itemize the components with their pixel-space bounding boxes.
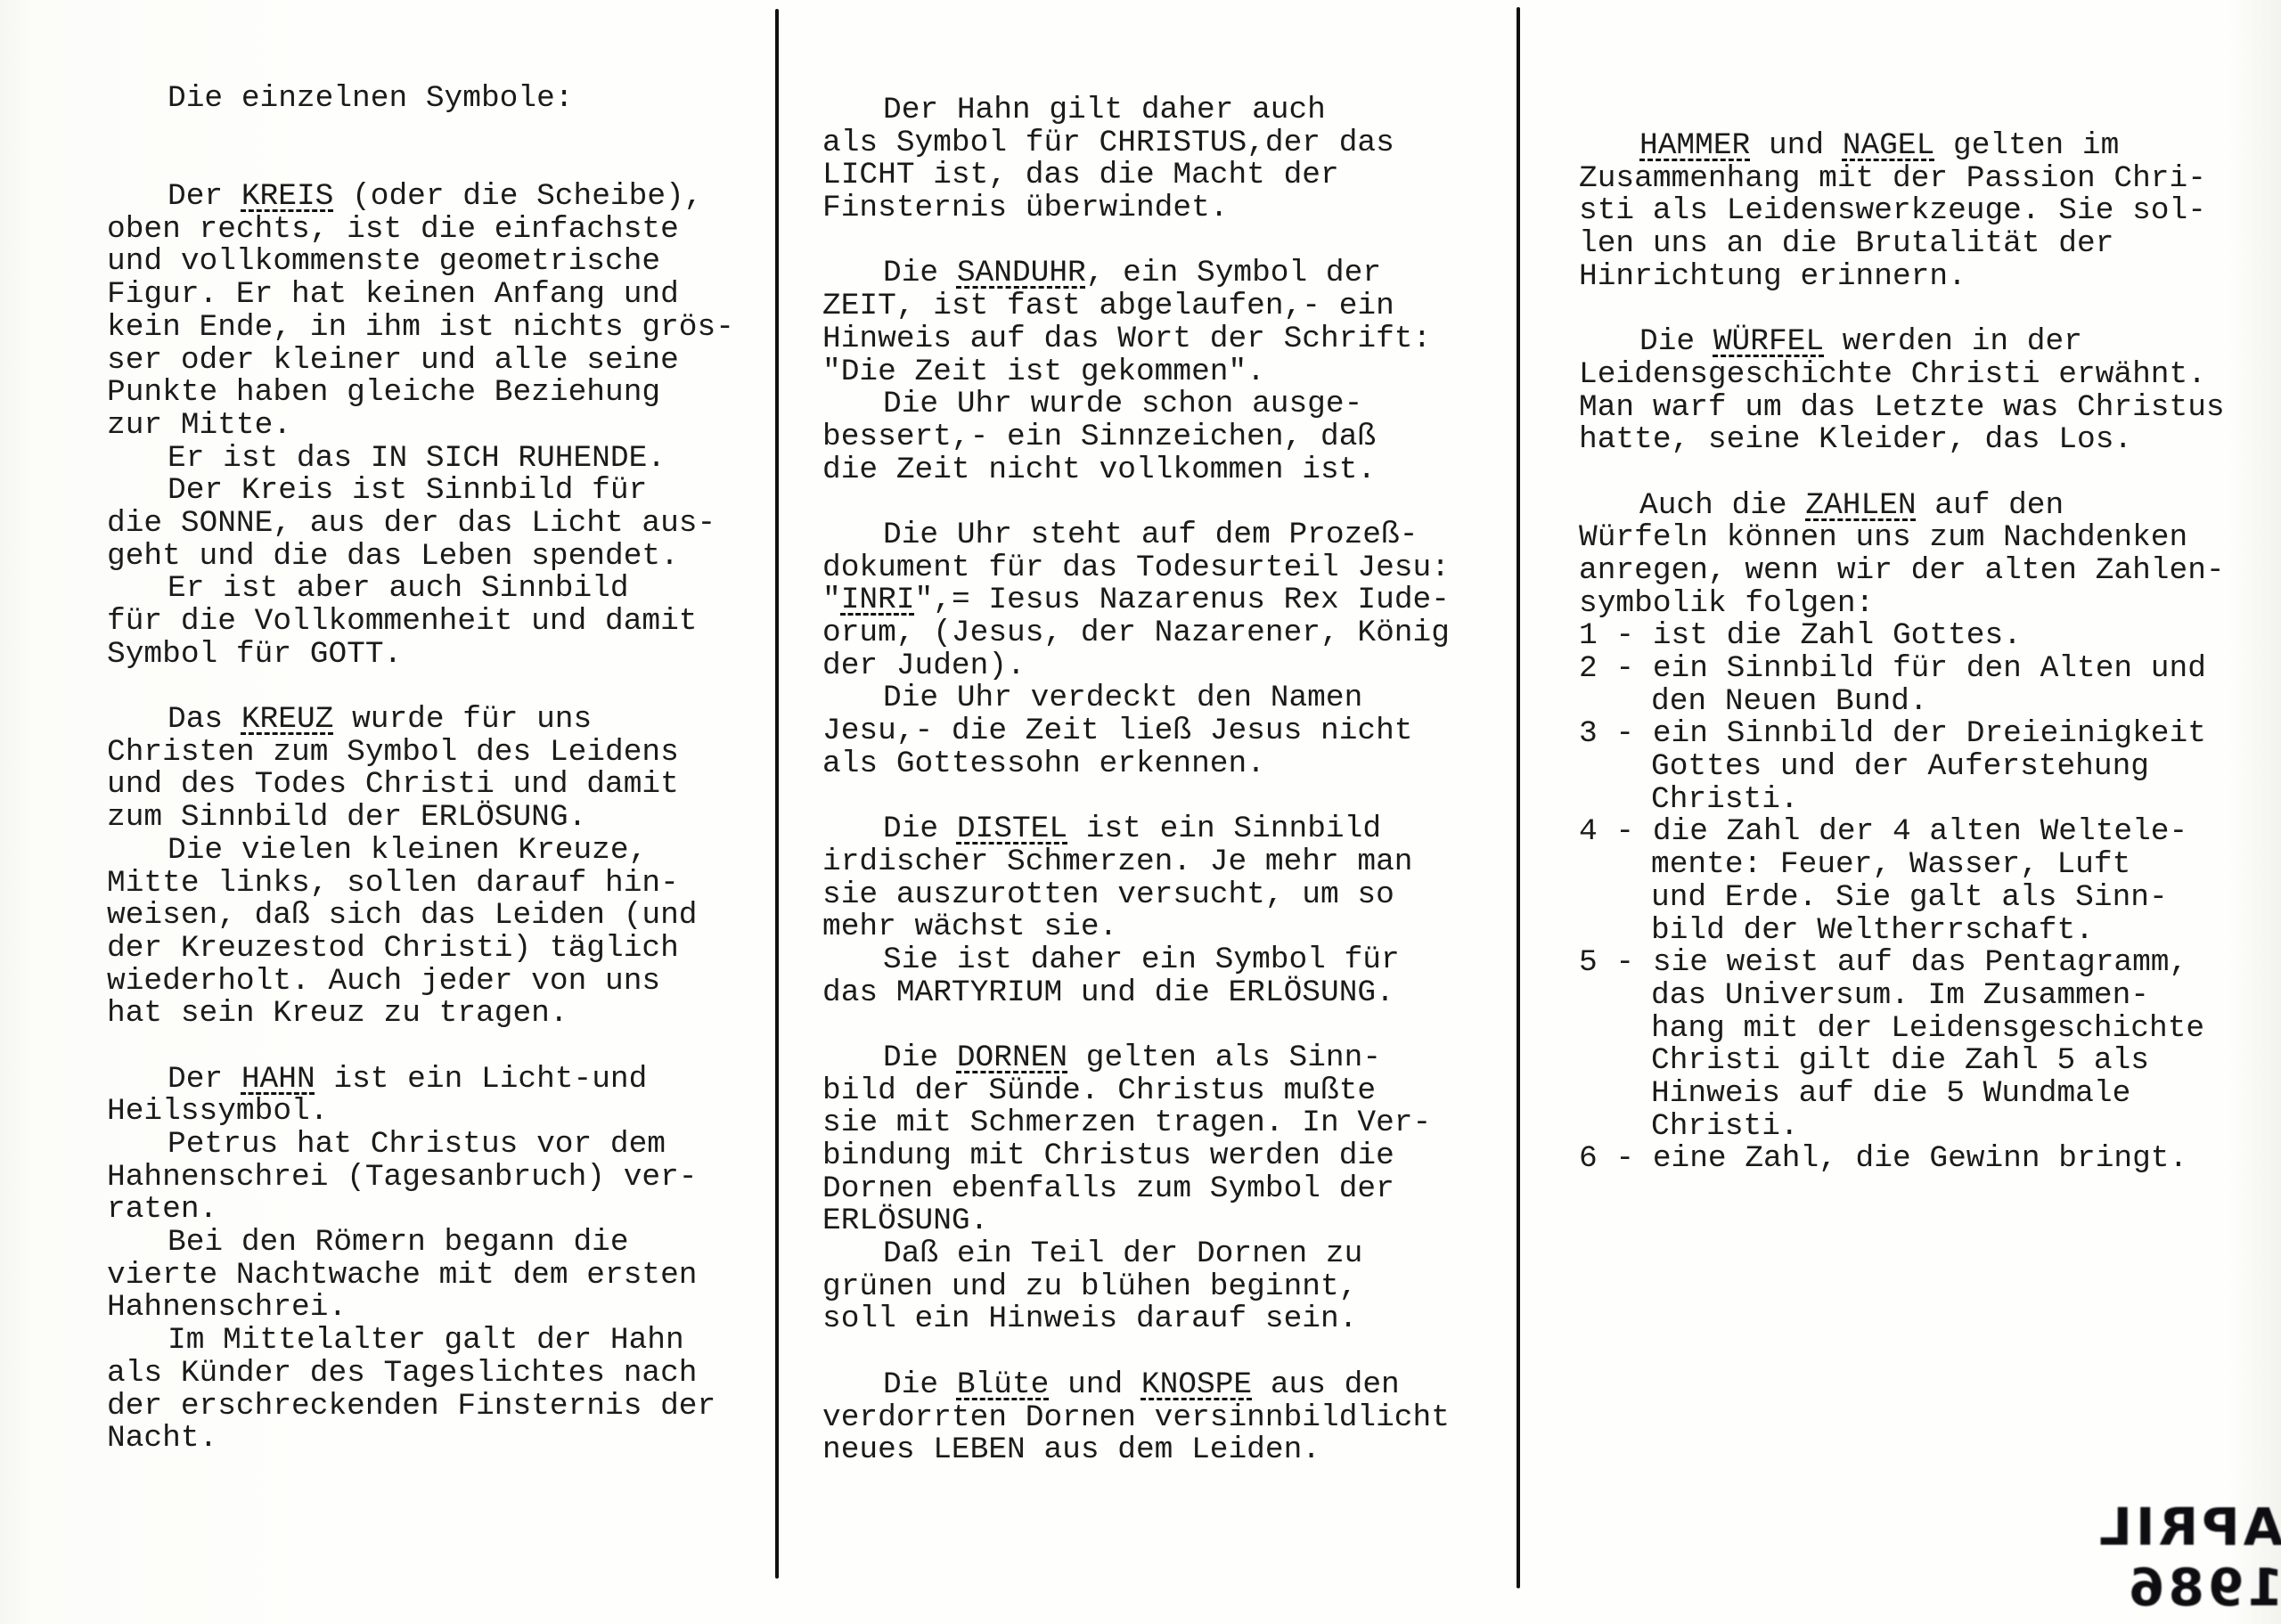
text-line: 2 - ein Sinnbild für den Alten und (1579, 653, 2225, 686)
text-line: Der HAHN ist ein Licht-und (107, 1064, 734, 1097)
text-line: neues LEBEN aus dem Leiden. (822, 1434, 1450, 1467)
text-segment: werden in der (1824, 324, 2082, 359)
underlined-keyword: DORNEN (957, 1041, 1067, 1075)
text-segment: "Die Zeit ist gekommen". (822, 355, 1265, 389)
text-segment: (oder die Scheibe), (333, 179, 702, 214)
text-line: Dornen ebenfalls zum Symbol der (822, 1173, 1450, 1206)
text-segment: Leidensgeschichte Christi erwähnt. (1579, 357, 2206, 392)
blank-line (107, 671, 734, 704)
text-segment: Die vielen kleinen Kreuze, (168, 833, 647, 868)
text-segment: der Juden). (822, 649, 1026, 683)
text-segment: gelten als Sinn- (1067, 1041, 1381, 1075)
blank-line (822, 225, 1450, 258)
text-segment: raten. (107, 1192, 217, 1227)
text-line: der Kreuzestod Christi) täglich (107, 933, 734, 966)
text-segment: Dornen ebenfalls zum Symbol der (822, 1171, 1394, 1206)
text-segment: Christi. (1651, 782, 1799, 817)
text-segment: Hahnenschrei (Tagesanbruch) ver- (107, 1160, 698, 1195)
text-segment: hat sein Kreuz zu tragen. (107, 996, 568, 1031)
text-segment: " (822, 583, 841, 617)
text-column-left: Die einzelnen Symbole: Der KREIS (oder d… (107, 83, 734, 1456)
text-segment: grünen und zu blühen beginnt, (822, 1269, 1357, 1304)
text-line: Die WÜRFEL werden in der (1579, 326, 2225, 359)
text-line: der erschreckenden Finsternis der (107, 1391, 734, 1424)
text-segment: als Symbol für CHRISTUS,der das (822, 126, 1394, 160)
text-line: Gottes und der Auferstehung (1579, 751, 2225, 784)
text-segment: ist ein Sinnbild (1067, 812, 1381, 846)
text-line: Der Kreis ist Sinnbild für (107, 475, 734, 508)
text-segment: das Universum. Im Zusammen- (1651, 978, 2149, 1013)
text-line: hatte, seine Kleider, das Los. (1579, 424, 2225, 457)
text-line: Er ist aber auch Sinnbild (107, 573, 734, 606)
text-segment: die SONNE, aus der das Licht aus- (107, 506, 715, 541)
text-line: "INRI",= Iesus Nazarenus Rex Iude- (822, 584, 1450, 617)
column-divider-right (1517, 7, 1520, 1588)
text-line: Figur. Er hat keinen Anfang und (107, 279, 734, 312)
text-segment: Auch die (1639, 488, 1805, 523)
text-line: zur Mitte. (107, 410, 734, 443)
text-line: Die vielen kleinen Kreuze, (107, 835, 734, 868)
text-line: 5 - sie weist auf das Pentagramm, (1579, 947, 2225, 980)
text-line: hang mit der Leidensgeschichte (1579, 1013, 2225, 1046)
text-line: mehr wächst sie. (822, 911, 1450, 944)
text-segment: Heilssymbol. (107, 1094, 328, 1129)
text-line: Die SANDUHR, ein Symbol der (822, 257, 1450, 290)
text-segment: ",= Iesus Nazarenus Rex Iude- (915, 583, 1450, 617)
handwritten-date-note: APRIL 1986 (2096, 1497, 2281, 1618)
text-line: Das KREUZ wurde für uns (107, 704, 734, 737)
underlined-keyword: Blüte (957, 1367, 1050, 1402)
blank-line (1579, 293, 2225, 326)
text-line: das MARTYRIUM und die ERLÖSUNG. (822, 977, 1450, 1010)
blank-line (107, 148, 734, 181)
text-segment: bessert,- ein Sinnzeichen, daß (822, 420, 1376, 454)
text-segment: Punkte haben gleiche Beziehung (107, 375, 660, 410)
text-segment: als Gottessohn erkennen. (822, 747, 1265, 781)
text-line: und Erde. Sie galt als Sinn- (1579, 882, 2225, 915)
text-line: soll ein Hinweis darauf sein. (822, 1303, 1450, 1336)
text-segment: der erschreckenden Finsternis der (107, 1389, 715, 1424)
text-line: Er ist das IN SICH RUHENDE. (107, 443, 734, 476)
text-line: hat sein Kreuz zu tragen. (107, 998, 734, 1031)
text-segment: Man warf um das Letzte was Christus (1579, 390, 2225, 425)
text-segment: als Künder des Tageslichtes nach (107, 1356, 698, 1391)
text-line: 6 - eine Zahl, die Gewinn bringt. (1579, 1143, 2225, 1176)
text-segment: ZEIT, ist fast abgelaufen,- ein (822, 289, 1394, 323)
text-line: und vollkommenste geometrische (107, 246, 734, 279)
text-segment: 6 - eine Zahl, die Gewinn bringt. (1579, 1141, 2187, 1176)
text-segment: Figur. Er hat keinen Anfang und (107, 277, 679, 312)
underlined-keyword: WÜRFEL (1713, 324, 1824, 359)
text-segment: Zusammenhang mit der Passion Chri- (1579, 161, 2206, 196)
text-segment: neues LEBEN aus dem Leiden. (822, 1432, 1320, 1467)
text-line: raten. (107, 1194, 734, 1227)
text-line: len uns an die Brutalität der (1579, 228, 2225, 261)
text-segment: für die Vollkommenheit und damit (107, 604, 698, 639)
text-segment: Sie ist daher ein Symbol für (883, 943, 1400, 977)
text-line: Leidensgeschichte Christi erwähnt. (1579, 359, 2225, 392)
text-line: und des Todes Christi und damit (107, 769, 734, 802)
text-line: Hinweis auf das Wort der Schrift: (822, 323, 1450, 356)
text-segment: zum Sinnbild der ERLÖSUNG. (107, 800, 586, 835)
text-segment: hang mit der Leidensgeschichte (1651, 1011, 2204, 1046)
text-line: Zusammenhang mit der Passion Chri- (1579, 163, 2225, 196)
text-segment: wurde für uns (333, 702, 592, 737)
text-segment: hatte, seine Kleider, das Los. (1579, 422, 2132, 457)
text-line: mente: Feuer, Wasser, Luft (1579, 849, 2225, 882)
text-segment: 4 - die Zahl der 4 alten Weltele- (1579, 814, 2187, 849)
text-segment: die Zeit nicht vollkommen ist. (822, 453, 1376, 487)
text-segment: wiederholt. Auch jeder von uns (107, 964, 660, 999)
text-line: irdischer Schmerzen. Je mehr man (822, 846, 1450, 879)
text-line: als Symbol für CHRISTUS,der das (822, 127, 1450, 160)
text-segment: und (1750, 128, 1843, 163)
text-column-middle: Der Hahn gilt daher auchals Symbol für C… (822, 94, 1450, 1467)
text-line: Punkte haben gleiche Beziehung (107, 377, 734, 410)
underlined-keyword: HAMMER (1639, 128, 1750, 163)
text-line: ZEIT, ist fast abgelaufen,- ein (822, 290, 1450, 323)
text-segment: symbolik folgen: (1579, 586, 1874, 621)
text-line: das Universum. Im Zusammen- (1579, 980, 2225, 1013)
text-segment: Das (168, 702, 241, 737)
text-segment: Christi. (1651, 1109, 1799, 1144)
text-segment: Jesu,- die Zeit ließ Jesus nicht (822, 714, 1413, 748)
text-segment: bild der Sünde. Christus mußte (822, 1073, 1376, 1108)
text-line: Mitte links, sollen darauf hin- (107, 868, 734, 901)
text-segment: Christen zum Symbol des Leidens (107, 735, 679, 770)
text-line: Der Hahn gilt daher auch (822, 94, 1450, 127)
text-line: sie mit Schmerzen tragen. In Ver- (822, 1107, 1450, 1140)
underlined-keyword: ZAHLEN (1805, 488, 1916, 523)
text-line: Petrus hat Christus vor dem (107, 1129, 734, 1162)
text-segment: anregen, wenn wir der alten Zahlen- (1579, 553, 2225, 588)
text-segment: bindung mit Christus werden die (822, 1138, 1394, 1173)
text-line: Nacht. (107, 1423, 734, 1456)
text-line: bild der Weltherrschaft. (1579, 915, 2225, 948)
blank-line (822, 1009, 1450, 1042)
text-segment: Mitte links, sollen darauf hin- (107, 866, 679, 901)
text-line: Symbol für GOTT. (107, 639, 734, 672)
text-line: Christi. (1579, 1111, 2225, 1144)
text-segment: bild der Weltherrschaft. (1651, 913, 2094, 948)
text-segment: Christi gilt die Zahl 5 als (1651, 1043, 2149, 1078)
text-segment: Im Mittelalter galt der Hahn (168, 1323, 684, 1358)
text-line: Hinweis auf die 5 Wundmale (1579, 1078, 2225, 1111)
text-line: Bei den Römern begann die (107, 1227, 734, 1260)
underlined-keyword: HAHN (241, 1062, 315, 1097)
text-line: geht und die das Leben spendet. (107, 541, 734, 574)
text-line: HAMMER und NAGEL gelten im (1579, 130, 2225, 163)
text-segment: auf den (1917, 488, 2064, 523)
text-line: Die Blüte und KNOSPE aus den (822, 1369, 1450, 1402)
text-line: die SONNE, aus der das Licht aus- (107, 508, 734, 541)
text-segment: LICHT ist, das die Macht der (822, 158, 1339, 192)
text-line: ERLÖSUNG. (822, 1205, 1450, 1238)
text-line: zum Sinnbild der ERLÖSUNG. (107, 802, 734, 835)
text-segment: Gottes und der Auferstehung (1651, 749, 2149, 784)
text-segment: und (1049, 1367, 1141, 1402)
text-segment: Er ist das IN SICH RUHENDE. (168, 441, 666, 476)
blank-line (1579, 457, 2225, 490)
text-line: weisen, daß sich das Leiden (und (107, 900, 734, 933)
text-line: als Künder des Tageslichtes nach (107, 1358, 734, 1391)
blank-line (107, 116, 734, 149)
text-line: Christi. (1579, 784, 2225, 817)
underlined-keyword: INRI (841, 583, 915, 617)
blank-line (107, 1031, 734, 1064)
text-segment: Der (168, 1062, 241, 1097)
text-line: Christi gilt die Zahl 5 als (1579, 1045, 2225, 1078)
text-line: Sie ist daher ein Symbol für (822, 944, 1450, 977)
text-segment: dokument für das Todesurteil Jesu: (822, 551, 1450, 585)
underlined-keyword: KREUZ (241, 702, 334, 737)
text-line: Die einzelnen Symbole: (107, 83, 734, 116)
text-line: verdorrten Dornen versinnbildlicht (822, 1402, 1450, 1435)
text-line: Würfeln können uns zum Nachdenken (1579, 522, 2225, 555)
text-segment: das MARTYRIUM und die ERLÖSUNG. (822, 975, 1394, 1010)
text-segment: verdorrten Dornen versinnbildlicht (822, 1400, 1450, 1435)
underlined-keyword: KREIS (241, 179, 334, 214)
text-line: Auch die ZAHLEN auf den (1579, 490, 2225, 523)
text-line: bessert,- ein Sinnzeichen, daß (822, 421, 1450, 454)
text-segment: sti als Leidenswerkzeuge. Sie sol- (1579, 193, 2206, 228)
text-line: als Gottessohn erkennen. (822, 748, 1450, 781)
text-line: Der KREIS (oder die Scheibe), (107, 181, 734, 214)
text-line: bindung mit Christus werden die (822, 1140, 1450, 1173)
text-line: symbolik folgen: (1579, 588, 2225, 621)
text-column-right: HAMMER und NAGEL gelten imZusammenhang m… (1579, 130, 2225, 1176)
text-line: "Die Zeit ist gekommen". (822, 356, 1450, 389)
text-segment: soll ein Hinweis darauf sein. (822, 1302, 1357, 1336)
text-line: die Zeit nicht vollkommen ist. (822, 454, 1450, 487)
text-segment: Hinweis auf das Wort der Schrift: (822, 322, 1431, 356)
text-segment: Die (883, 812, 957, 846)
text-line: sie auszurotten versucht, um so (822, 879, 1450, 912)
underlined-keyword: DISTEL (957, 812, 1067, 846)
text-segment: Würfeln können uns zum Nachdenken (1579, 520, 2187, 555)
text-segment: zur Mitte. (107, 408, 291, 443)
blank-line (822, 780, 1450, 813)
text-segment: Der Kreis ist Sinnbild für (168, 473, 647, 508)
text-segment: Hahnenschrei. (107, 1290, 347, 1325)
text-segment: gelten im (1934, 128, 2119, 163)
text-segment: Der Hahn gilt daher auch (883, 93, 1326, 127)
text-line: für die Vollkommenheit und damit (107, 606, 734, 639)
text-line: LICHT ist, das die Macht der (822, 159, 1450, 192)
text-segment: Die Uhr verdeckt den Namen (883, 681, 1362, 715)
text-line: Im Mittelalter galt der Hahn (107, 1325, 734, 1358)
text-segment: geht und die das Leben spendet. (107, 539, 679, 574)
text-segment: Bei den Römern begann die (168, 1225, 629, 1260)
text-line: 3 - ein Sinnbild der Dreieinigkeit (1579, 718, 2225, 751)
text-segment: Die (883, 1041, 957, 1075)
underlined-keyword: KNOSPE (1141, 1367, 1252, 1402)
text-line: bild der Sünde. Christus mußte (822, 1075, 1450, 1108)
text-segment: ist ein Licht-und (315, 1062, 648, 1097)
text-segment: , ein Symbol der (1086, 256, 1381, 290)
text-segment: 2 - ein Sinnbild für den Alten und (1579, 651, 2206, 686)
text-segment: Finsternis überwindet. (822, 191, 1228, 225)
text-line: 1 - ist die Zahl Gottes. (1579, 620, 2225, 653)
text-segment: irdischer Schmerzen. Je mehr man (822, 845, 1413, 879)
text-segment: mente: Feuer, Wasser, Luft (1651, 847, 2130, 882)
blank-line (822, 1336, 1450, 1369)
text-segment: und Erde. Sie galt als Sinn- (1651, 880, 2168, 915)
text-line: Die DISTEL ist ein Sinnbild (822, 813, 1450, 846)
text-segment: Er ist aber auch Sinnbild (168, 571, 629, 606)
blank-line (822, 486, 1450, 519)
text-segment: aus den (1252, 1367, 1400, 1402)
column-divider-left (775, 9, 779, 1579)
text-segment: Nacht. (107, 1421, 217, 1456)
text-line: wiederholt. Auch jeder von uns (107, 966, 734, 999)
text-segment: mehr wächst sie. (822, 910, 1117, 944)
text-line: Jesu,- die Zeit ließ Jesus nicht (822, 715, 1450, 748)
text-segment: weisen, daß sich das Leiden (und (107, 898, 698, 933)
text-segment: Die Uhr steht auf dem Prozeß- (883, 518, 1418, 552)
text-line: ser oder kleiner und alle seine (107, 345, 734, 378)
text-line: Die Uhr wurde schon ausge- (822, 388, 1450, 421)
text-segment: Die einzelnen Symbole: (168, 81, 573, 116)
text-segment: sie mit Schmerzen tragen. In Ver- (822, 1106, 1431, 1140)
text-line: Heilssymbol. (107, 1096, 734, 1129)
text-segment: und vollkommenste geometrische (107, 244, 660, 279)
text-segment: Hinrichtung erinnern. (1579, 259, 1966, 294)
text-segment: 1 - ist die Zahl Gottes. (1579, 618, 2022, 653)
text-segment: sie auszurotten versucht, um so (822, 877, 1394, 912)
text-line: vierte Nachtwache mit dem ersten (107, 1260, 734, 1293)
text-line: 4 - die Zahl der 4 alten Weltele- (1579, 816, 2225, 849)
text-line: Die DORNEN gelten als Sinn- (822, 1042, 1450, 1075)
text-segment: vierte Nachtwache mit dem ersten (107, 1258, 698, 1293)
text-segment: der Kreuzestod Christi) täglich (107, 931, 679, 966)
text-line: anregen, wenn wir der alten Zahlen- (1579, 555, 2225, 588)
text-line: Hahnenschrei (Tagesanbruch) ver- (107, 1162, 734, 1195)
text-line: Hahnenschrei. (107, 1292, 734, 1325)
text-line: Man warf um das Letzte was Christus (1579, 392, 2225, 425)
text-line: orum, (Jesus, der Nazarener, König (822, 617, 1450, 650)
text-line: oben rechts, ist die einfachste (107, 214, 734, 247)
underlined-keyword: SANDUHR (957, 256, 1086, 290)
text-segment: Symbol für GOTT. (107, 637, 402, 672)
text-line: der Juden). (822, 650, 1450, 683)
text-line: Die Uhr steht auf dem Prozeß- (822, 519, 1450, 552)
text-line: Christen zum Symbol des Leidens (107, 737, 734, 770)
text-segment: Petrus hat Christus vor dem (168, 1127, 666, 1162)
underlined-keyword: NAGEL (1843, 128, 1935, 163)
text-line: Daß ein Teil der Dornen zu (822, 1238, 1450, 1271)
text-segment: Die (883, 256, 957, 290)
text-line: Finsternis überwindet. (822, 192, 1450, 225)
text-line: sti als Leidenswerkzeuge. Sie sol- (1579, 195, 2225, 228)
text-segment: den Neuen Bund. (1651, 684, 1928, 719)
text-segment: Der (168, 179, 241, 214)
text-line: Die Uhr verdeckt den Namen (822, 682, 1450, 715)
text-line: dokument für das Todesurteil Jesu: (822, 552, 1450, 585)
text-line: den Neuen Bund. (1579, 686, 2225, 719)
text-segment: kein Ende, in ihm ist nichts grös- (107, 310, 734, 345)
text-line: Hinrichtung erinnern. (1579, 261, 2225, 294)
text-segment: ser oder kleiner und alle seine (107, 343, 679, 378)
text-segment: Die (1639, 324, 1713, 359)
text-line: kein Ende, in ihm ist nichts grös- (107, 312, 734, 345)
text-segment: 3 - ein Sinnbild der Dreieinigkeit (1579, 716, 2206, 751)
text-segment: ERLÖSUNG. (822, 1204, 988, 1238)
text-segment: 5 - sie weist auf das Pentagramm, (1579, 945, 2187, 980)
text-segment: Hinweis auf die 5 Wundmale (1651, 1076, 2130, 1111)
text-segment: Daß ein Teil der Dornen zu (883, 1236, 1362, 1271)
text-segment: Die Uhr wurde schon ausge- (883, 387, 1362, 421)
text-segment: Die (883, 1367, 957, 1402)
text-segment: und des Todes Christi und damit (107, 767, 679, 802)
text-segment: orum, (Jesus, der Nazarener, König (822, 616, 1450, 650)
text-line: grünen und zu blühen beginnt, (822, 1271, 1450, 1304)
text-segment: len uns an die Brutalität der (1579, 226, 2113, 261)
text-segment: oben rechts, ist die einfachste (107, 212, 679, 247)
